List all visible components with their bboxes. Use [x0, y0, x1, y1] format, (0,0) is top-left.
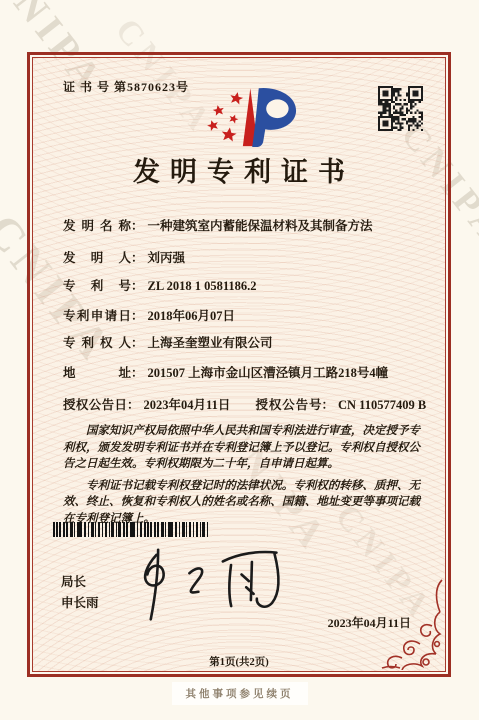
field-invention-name: 发明名称：一种建筑室内蓄能保温材料及其制备方法	[63, 216, 421, 236]
field-value: 2023年04月11日	[144, 398, 231, 412]
field-filing-date: 专利申请日：2018年06月07日	[63, 306, 421, 326]
field-value: 刘丙强	[148, 251, 186, 265]
field-inventor: 发明人：刘丙强	[63, 248, 421, 268]
colon: ：	[321, 398, 334, 412]
colon: ：	[131, 279, 144, 293]
field-label: 授权公告日	[63, 395, 127, 415]
colon: ：	[131, 251, 144, 265]
officer-title: 局长	[61, 572, 99, 593]
field-value: 上海圣奎塑业有限公司	[148, 336, 273, 350]
footer-note: 其他事项参见续页	[172, 682, 308, 705]
qr-code-icon	[378, 86, 423, 131]
field-value: 201507 上海市金山区漕泾镇月工路218号4幢	[148, 366, 389, 380]
grant-paragraph-1: 国家知识产权局依照中华人民共和国专利法进行审查，决定授予专利权，颁发发明专利证书…	[63, 423, 420, 473]
colon: ：	[131, 366, 144, 380]
field-grant-number: 授权公告号：CN 110577409 B	[255, 398, 426, 412]
field-label: 专利申请日	[63, 306, 131, 326]
cnipa-logo-icon	[185, 86, 325, 152]
field-label: 授权公告号	[255, 395, 321, 415]
field-label: 发明名称	[63, 216, 131, 236]
grant-paragraph-2: 专利证书记载专利权登记时的法律状况。专利权的转移、质押、无效、终止、恢复和专利权…	[63, 478, 420, 528]
barcode-icon	[53, 522, 208, 537]
signature-icon	[126, 540, 300, 629]
colon: ：	[131, 336, 144, 350]
legal-text: 国家知识产权局依照中华人民共和国专利法进行审查，决定授予专利权，颁发发明专利证书…	[63, 423, 420, 532]
field-grant-date: 授权公告日：2023年04月11日	[63, 398, 230, 412]
officer-name: 申长雨	[61, 593, 99, 614]
certificate-number: 证 书 号 第5870623号	[63, 78, 189, 95]
field-address: 地址：201507 上海市金山区漕泾镇月工路218号4幢	[63, 363, 421, 383]
field-value: CN 110577409 B	[338, 398, 426, 412]
colon: ：	[131, 219, 144, 233]
field-label: 发明人	[63, 248, 131, 268]
field-value: 2018年06月07日	[148, 309, 236, 323]
field-label: 地址	[63, 363, 131, 383]
field-patent-number: 专利号：ZL 2018 1 0581186.2	[63, 276, 421, 296]
field-label: 专利权人	[63, 333, 131, 353]
field-patentee: 专利权人：上海圣奎塑业有限公司	[63, 333, 421, 353]
colon: ：	[127, 398, 140, 412]
officer-block: 局长 申长雨	[61, 572, 99, 614]
field-grant-row: 授权公告日：2023年04月11日 授权公告号：CN 110577409 B	[63, 395, 421, 415]
field-label: 专利号	[63, 276, 131, 296]
patent-certificate-page: CNIPA CNIPA CNIPA CNIPA CNIPA CNIPA 证 书 …	[0, 0, 479, 720]
field-value: 一种建筑室内蓄能保温材料及其制备方法	[148, 219, 373, 233]
corner-flourish-icon	[374, 578, 444, 670]
colon: ：	[131, 309, 144, 323]
certificate-fields: 发明名称：一种建筑室内蓄能保温材料及其制备方法 发明人：刘丙强 专利号：ZL 2…	[63, 216, 421, 415]
certificate-frame: 证 书 号 第5870623号	[27, 52, 451, 677]
certificate-title: 发明专利证书	[33, 150, 445, 189]
certificate-body: 证 书 号 第5870623号	[32, 57, 446, 672]
field-value: ZL 2018 1 0581186.2	[148, 279, 257, 293]
